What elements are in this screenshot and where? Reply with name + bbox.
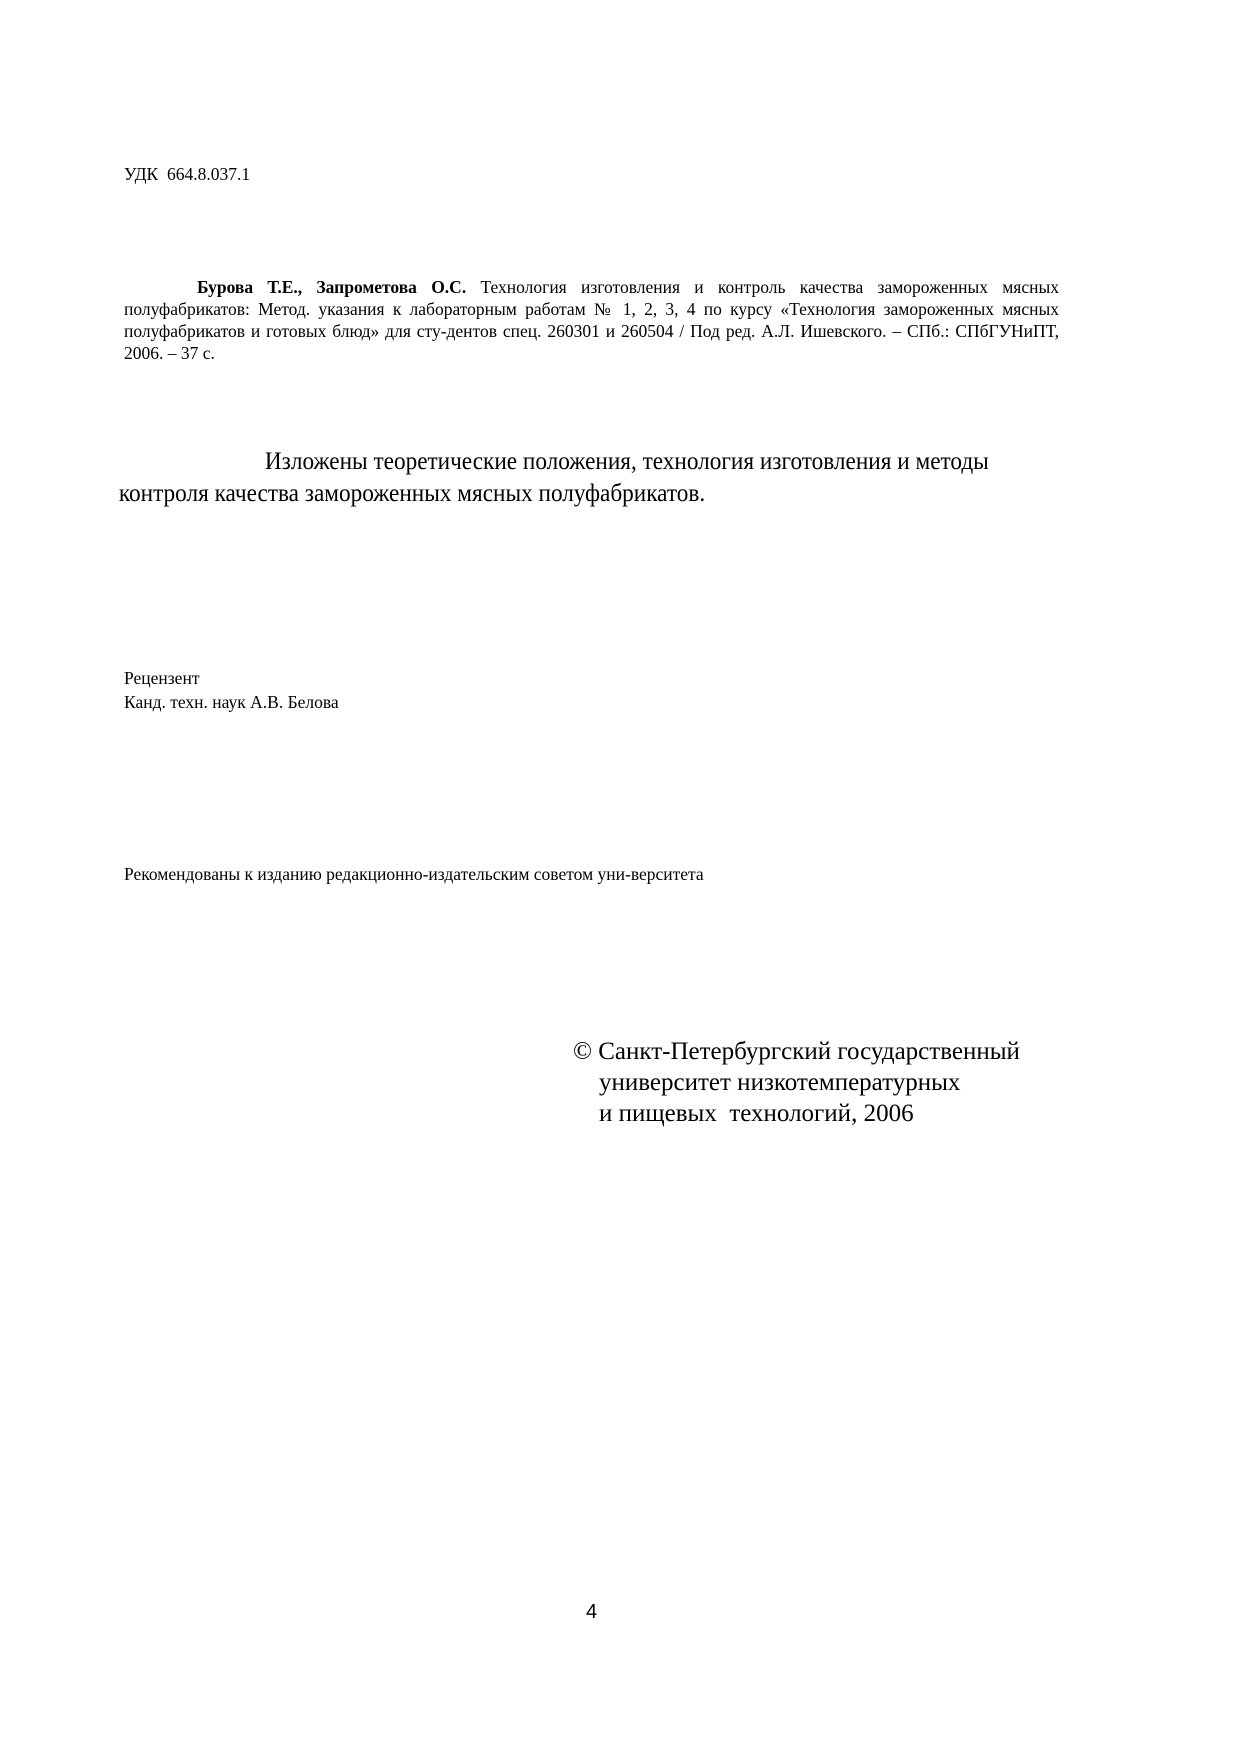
authors: Бурова Т.Е., Запрометова О.С. [197,277,466,297]
annotation-line-2: контроля качества замороженных мясных по… [51,478,705,510]
copyright-line-1: © Санкт-Петербургский государственный [573,1036,1020,1067]
udk-code: УДК 664.8.037.1 [124,164,250,185]
reviewer-label: Рецензент [124,666,339,690]
copyright-line-3: и пищевых технологий, 2006 [573,1098,1020,1129]
copyright-block: © Санкт-Петербургский государственный ун… [573,1036,1020,1129]
reviewer-name: Канд. техн. наук А.В. Белова [124,690,339,714]
annotation-line-1: Изложены теоретические положения, технол… [197,446,989,478]
annotation: Изложены теоретические положения, технол… [124,446,1059,510]
page-number: 4 [586,1601,597,1624]
recommendation-note: Рекомендованы к изданию редакционно-изда… [124,864,704,885]
reviewer-block: Рецензент Канд. техн. наук А.В. Белова [124,666,339,714]
copyright-line-2: университет низкотемпературных [573,1067,1020,1098]
bibliographic-description: Бурова Т.Е., Запрометова О.С. Технология… [124,276,1059,364]
